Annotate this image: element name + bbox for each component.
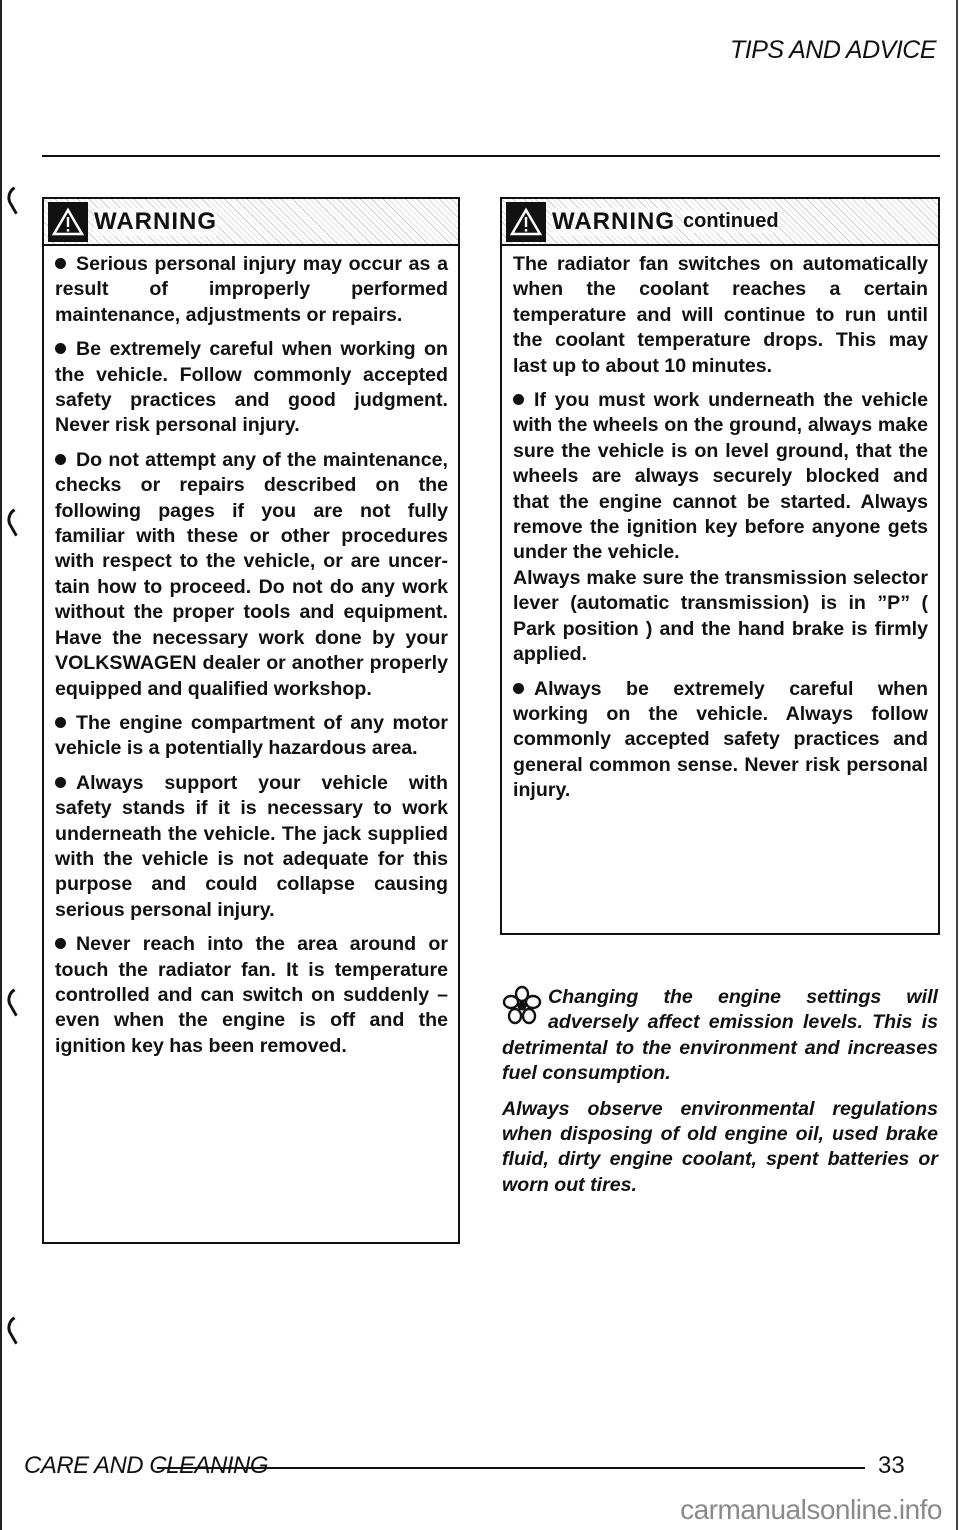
warning-body: The radiator fan switches on auto­matica… [502,246,938,812]
binding-mark [3,186,27,214]
warning-box-left: WARNING Serious personal injury may oc­c… [42,197,460,1244]
warning-item: Always make sure the transmis­sion selec… [513,566,928,668]
warning-subtitle: continued [683,210,779,233]
warning-item: If you must work underneath the vehicle … [513,388,928,566]
warning-item: Serious personal injury may oc­cur as a … [55,252,448,328]
header-divider [42,155,940,157]
warning-item: Do not attempt any of the main­tenance, … [55,448,448,702]
bullet-icon [55,343,66,354]
page-edge-left [0,0,2,1530]
bullet-icon [55,454,66,465]
warning-body: Serious personal injury may oc­cur as a … [44,246,458,1067]
bullet-icon [513,683,524,694]
warning-header: WARNING continued [502,199,938,246]
warning-item: Be extremely careful when working on the… [55,337,448,439]
section-title: TIPS AND ADVICE [730,36,936,65]
page-number: 33 [878,1452,905,1480]
environment-paragraph: Always observe environmental reg­ulation… [502,1097,938,1199]
warning-box-right: WARNING continued The radiator fan switc… [500,197,940,935]
warning-title: WARNING [552,208,675,236]
binding-mark [3,508,27,536]
warning-item: Always support your vehicle with safety … [55,771,448,923]
warning-item: Never reach into the area around or touc… [55,932,448,1059]
warning-item: The engine compartment of any motor vehi… [55,711,448,762]
warning-triangle-icon [48,202,88,242]
bullet-icon [55,717,66,728]
warning-item: The radiator fan switches on auto­matica… [513,252,928,379]
warning-title: WARNING [94,208,217,236]
watermark: carmanualsonline.info [680,1494,942,1526]
warning-item: Always be extremely careful when working… [513,677,928,804]
bullet-icon [513,394,524,405]
binding-mark [3,988,27,1016]
environment-flower-icon [502,985,542,1033]
bullet-icon [55,938,66,949]
page-edge-right [956,0,958,1530]
bullet-icon [55,258,66,269]
warning-triangle-icon [506,202,546,242]
binding-mark [3,1316,27,1344]
footer-section-label: CARE AND CLEANING [24,1452,268,1480]
warning-header: WARNING [44,199,458,246]
environment-paragraph: Changing the engine settings will advers… [502,985,938,1087]
environment-note: Changing the engine settings will advers… [502,985,938,1208]
footer-divider [157,1467,865,1469]
bullet-icon [55,777,66,788]
